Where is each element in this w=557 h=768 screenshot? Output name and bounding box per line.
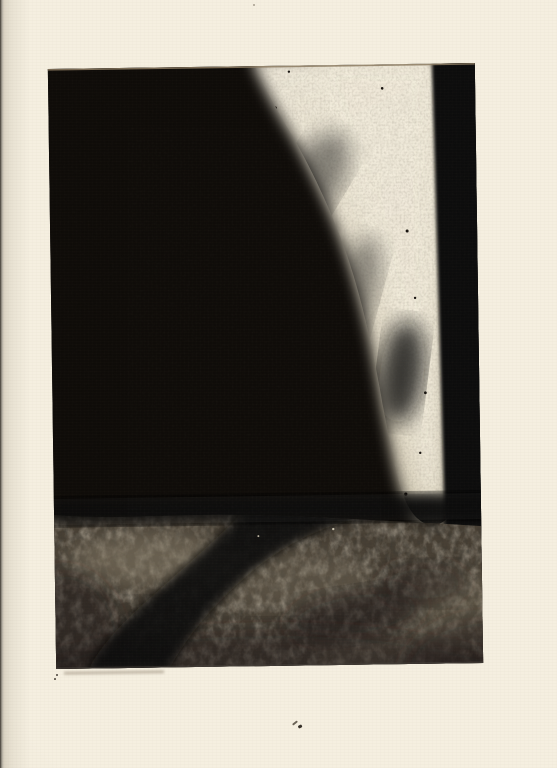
paper-speck [253,4,255,6]
etching-artwork [48,63,483,669]
scanned-book-page: { "meta": { "title": "Untitled etching —… [0,0,557,768]
book-page [0,0,557,768]
etching-print [48,63,483,669]
pencil-dot [298,724,303,728]
paper-speck [56,674,58,676]
plate-tone-grain [48,63,483,669]
pencil-speck-mark [292,721,306,730]
print-edge-smudge [64,670,164,674]
pencil-tick [292,720,298,725]
paper-speck [54,678,56,680]
